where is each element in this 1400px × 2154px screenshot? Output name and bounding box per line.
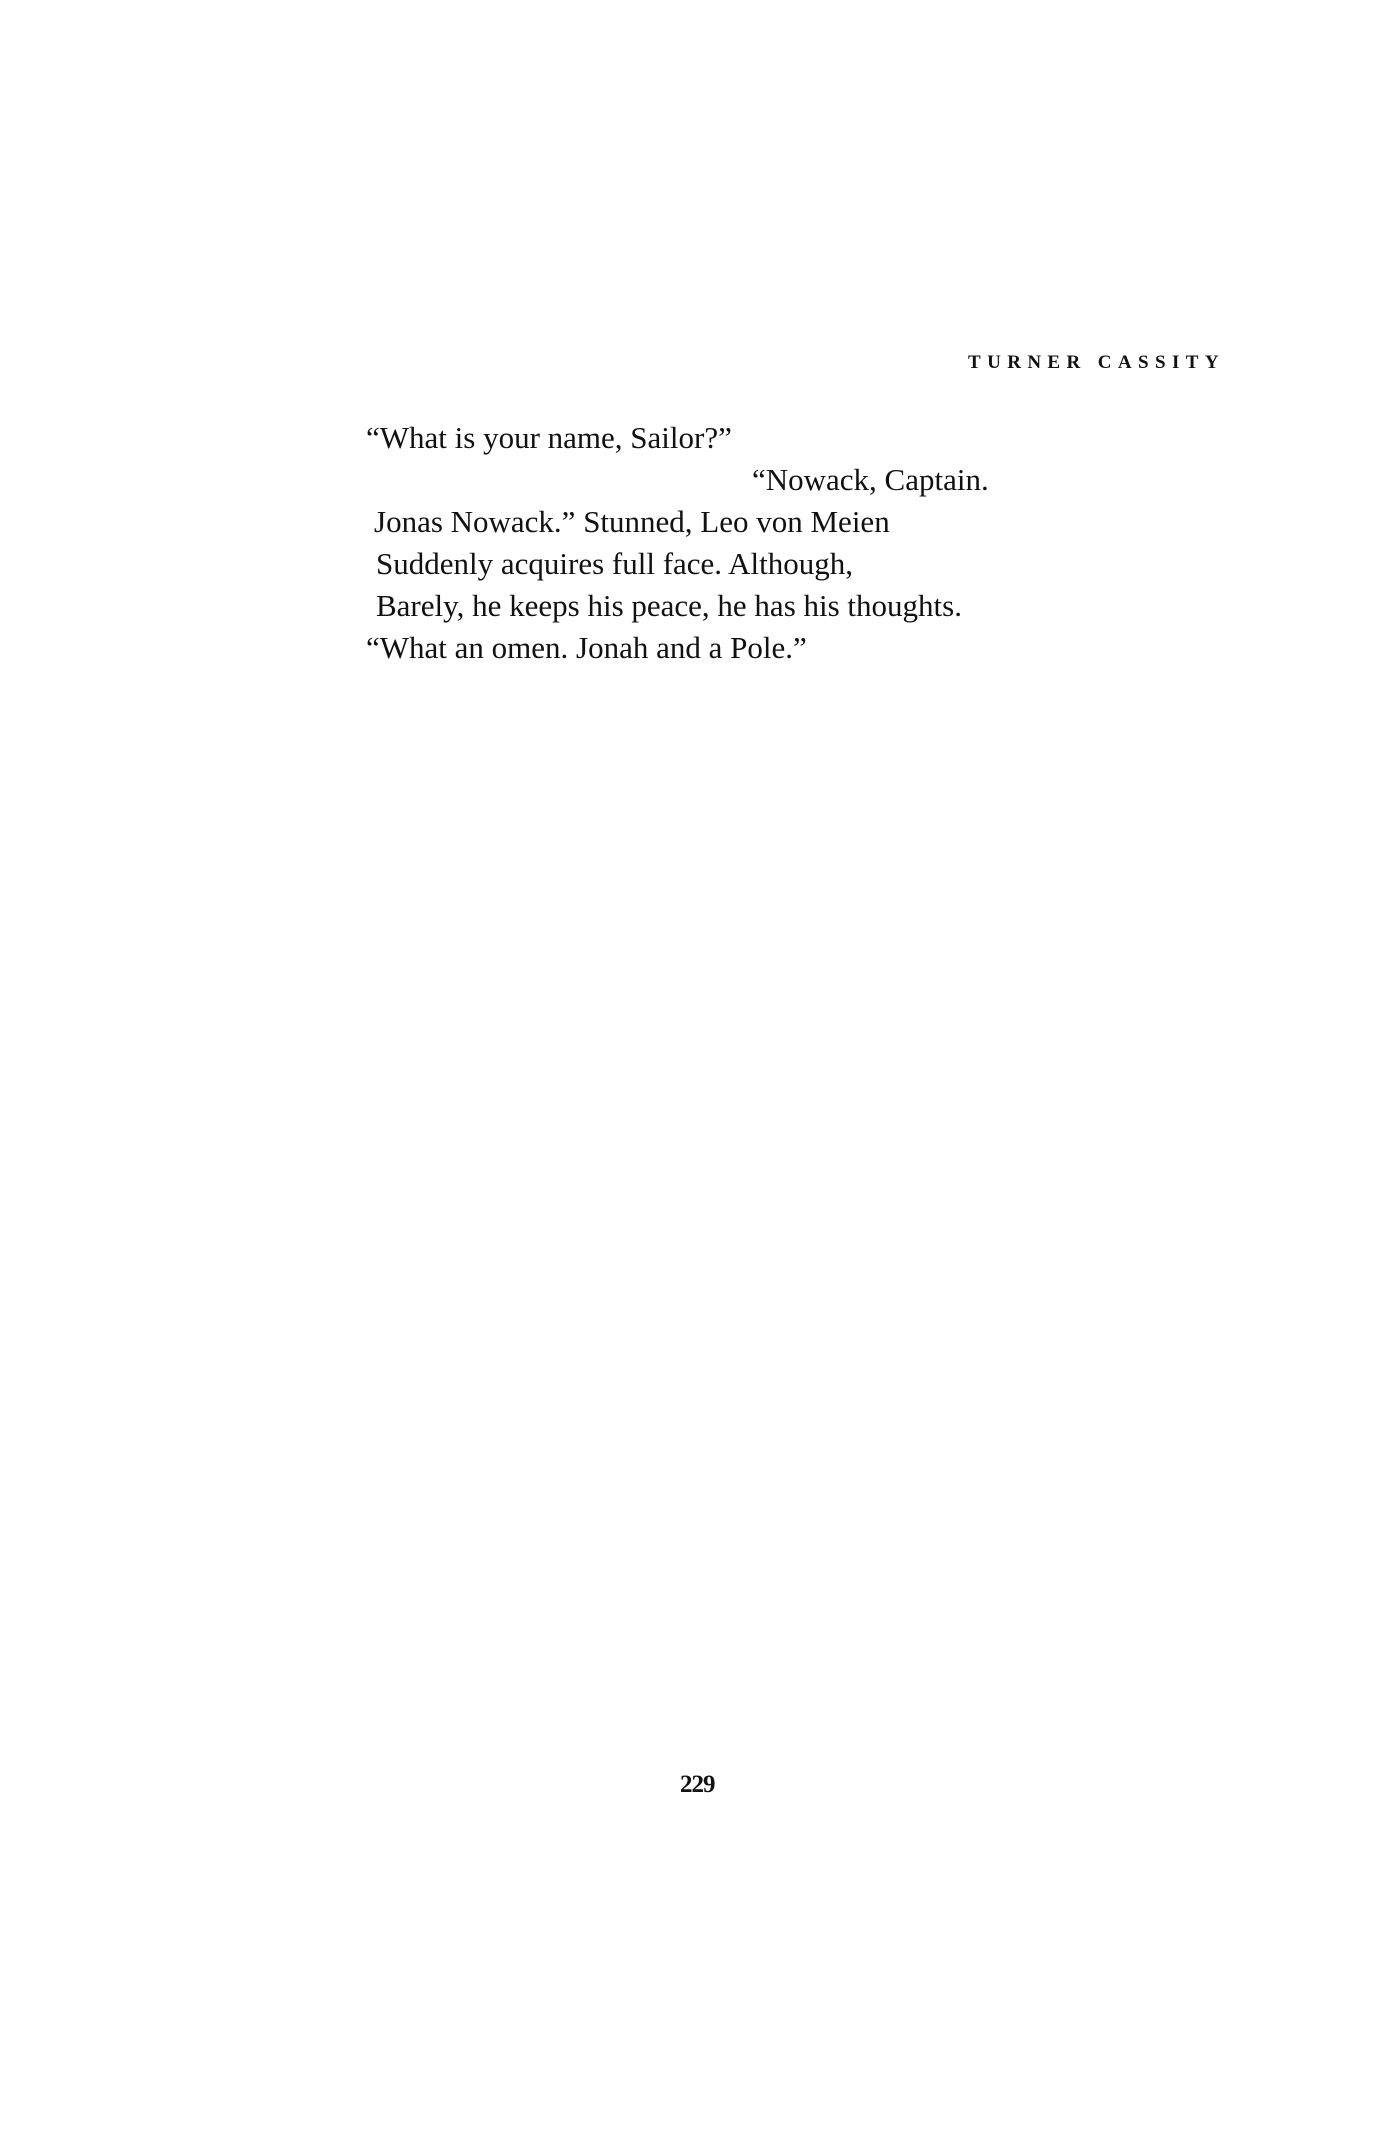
page-number: 229: [680, 1771, 715, 1799]
poem-line: “What is your name, Sailor?”: [366, 422, 732, 453]
poem-line: Jonas Nowack.” Stunned, Leo von Meien: [374, 506, 890, 537]
poem-line: Barely, he keeps his peace, he has his t…: [376, 590, 962, 621]
poem-line: “What an omen. Jonah and a Pole.”: [366, 632, 807, 663]
poem-line: Suddenly acquires full face. Although,: [376, 548, 853, 579]
poem-line: “Nowack, Captain.: [752, 464, 989, 495]
running-head: TURNER CASSITY: [968, 352, 1240, 374]
